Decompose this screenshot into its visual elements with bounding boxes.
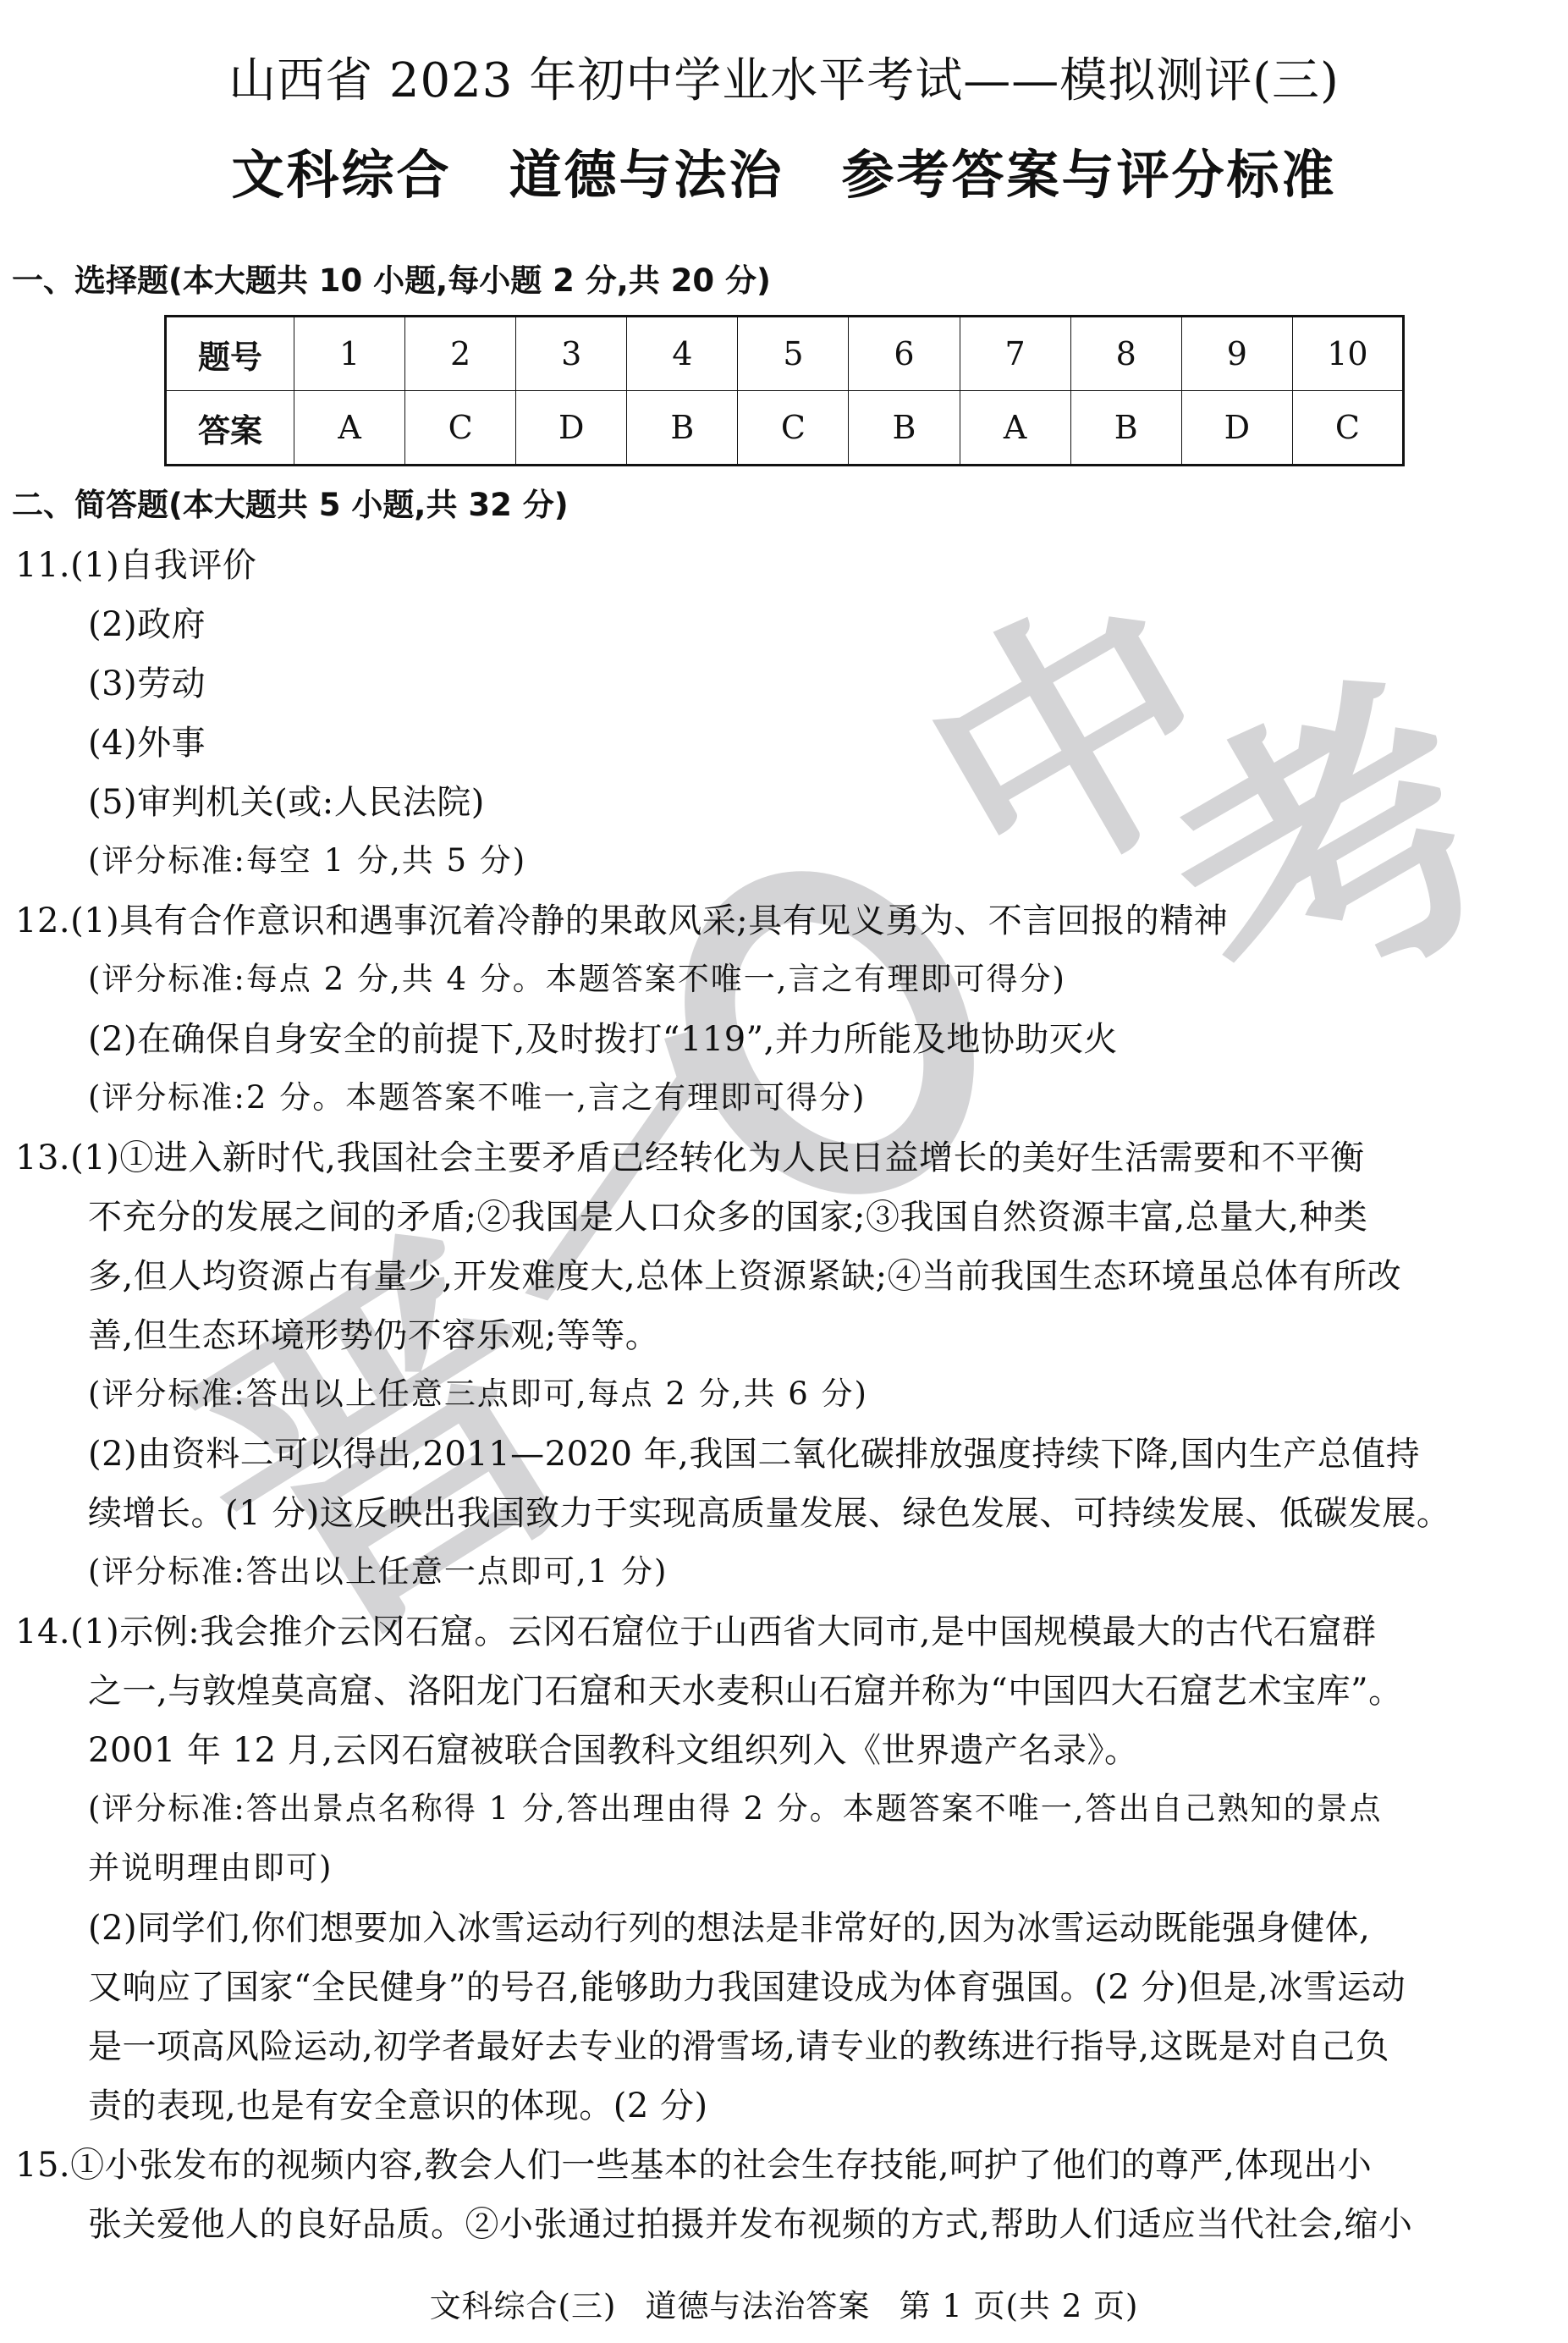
answer-table: 题号 1 2 3 4 5 6 7 8 9 10 答案 A C D B C B A… [164,315,1405,466]
document-title: 山西省 2023 年初中学业水平考试——模拟测评(三) [0,58,1568,105]
answer-cell: B [627,391,738,466]
question-number-cell: 4 [627,317,738,391]
q14-rubric: 并说明理由即可) [88,1852,333,1883]
subtitle-label: 参考答案与评分标准 [842,144,1337,206]
q11-line: (5)审判机关(或:人民法院) [88,786,485,819]
question-number-cell: 9 [1181,317,1292,391]
answer-cell: C [405,391,516,466]
question-number-cell: 7 [960,317,1070,391]
q14-line: 14.(1)示例:我会推介云冈石窟。云冈石窟位于山西省大同市,是中国规模最大的古… [15,1615,1376,1649]
footer-course: 道德与法治答案 [645,2288,870,2324]
q14-line: 2001 年 12 月,云冈石窟被联合国教科文组织列入《世界遗产名录》。 [88,1734,1139,1767]
document-subtitle: 文科综合道德与法治参考答案与评分标准 [0,149,1568,201]
answer-row: 答案 A C D B C B A B D C [166,391,1404,466]
answer-cell: C [1292,391,1403,466]
q13-line: 多,但人均资源占有量少,开发难度大,总体上资源紧缺;④当前我国生态环境虽总体有所… [88,1260,1401,1293]
row-label-answer: 答案 [166,391,294,466]
answer-cell: A [294,391,405,466]
q14-line: (2)同学们,你们想要加入冰雪运动行列的想法是非常好的,因为冰雪运动既能强身健体… [88,1911,1370,1945]
q13-line: 善,但生态环境形势仍不容乐观;等等。 [88,1319,659,1353]
q11-line: (4)外事 [88,726,206,760]
answer-cell: D [516,391,627,466]
q13-rubric: (评分标准:答出以上任意三点即可,每点 2 分,共 6 分) [88,1378,868,1409]
q12-rubric: (评分标准:2 分。本题答案不唯一,言之有理即可得分) [88,1082,866,1113]
q14-rubric: (评分标准:答出景点名称得 1 分,答出理由得 2 分。本题答案不唯一,答出自己… [88,1793,1383,1824]
question-number-cell: 3 [516,317,627,391]
answer-cell: B [849,391,960,466]
section-2-heading: 二、简答题(本大题共 5 小题,共 32 分) [12,489,569,521]
q11-line: 11.(1)自我评价 [15,549,256,582]
answer-cell: A [960,391,1070,466]
q14-line: 之一,与敦煌莫高窟、洛阳龙门石窟和天水麦积山石窟并称为“中国四大石窟艺术宝库”。 [88,1674,1403,1708]
q14-line: 责的表现,也是有安全意识的体现。(2 分) [88,2089,708,2123]
q14-line: 又响应了国家“全民健身”的号召,能够助力我国建设成为体育强国。(2 分)但是,冰… [88,1971,1406,2004]
answer-cell: B [1070,391,1181,466]
section-1-heading: 一、选择题(本大题共 10 小题,每小题 2 分,共 20 分) [12,265,771,296]
question-number-cell: 6 [849,317,960,391]
q13-line: (2)由资料二可以得出,2011—2020 年,我国二氧化碳排放强度持续下降,国… [88,1437,1420,1471]
answer-cell: D [1181,391,1292,466]
q13-line: 续增长。(1 分)这反映出我国致力于实现高质量发展、绿色发展、可持续发展、低碳发… [88,1497,1450,1530]
watermark-char-zhong-2: 中 [889,560,1259,929]
footer-subject: 文科综合(三) [430,2288,617,2324]
q13-line: 不充分的发展之间的矛盾;②我国是人口众多的国家;③我国自然资源丰富,总量大,种类 [88,1200,1367,1234]
subtitle-subject: 文科综合 [231,144,451,206]
row-label-number: 题号 [166,317,294,391]
page-footer: 文科综合(三)道德与法治答案第 1 页(共 2 页) [0,2291,1568,2322]
question-number-cell: 5 [738,317,849,391]
q13-line: 13.(1)①进入新时代,我国社会主要矛盾已经转化为人民日益增长的美好生活需要和… [15,1141,1365,1175]
q12-line: 12.(1)具有合作意识和遇事沉着冷静的果敢风采;具有见义勇为、不言回报的精神 [15,904,1228,938]
q15-line: 15.①小张发布的视频内容,教会人们一些基本的社会生存技能,呵护了他们的尊严,体… [15,2148,1372,2182]
question-number-cell: 1 [294,317,405,391]
subtitle-course: 道德与法治 [509,144,784,206]
question-number-cell: 10 [1292,317,1403,391]
q12-rubric: (评分标准:每点 2 分,共 4 分。本题答案不唯一,言之有理即可得分) [88,963,1066,995]
q11-line: (3)劳动 [88,667,206,701]
footer-page-number: 第 1 页(共 2 页) [899,2288,1138,2324]
question-number-cell: 2 [405,317,516,391]
answer-cell: C [738,391,849,466]
question-number-cell: 8 [1070,317,1181,391]
watermark-char-kao: 考 [1129,647,1545,1063]
q12-line: (2)在确保自身安全的前提下,及时拨打“119”,并力所能及地协助灭火 [88,1023,1118,1056]
question-number-row: 题号 1 2 3 4 5 6 7 8 9 10 [166,317,1404,391]
q15-line: 张关爱他人的良好品质。②小张通过拍摄并发布视频的方式,帮助人们适应当代社会,缩小 [88,2208,1412,2241]
q13-rubric: (评分标准:答出以上任意一点即可,1 分) [88,1556,668,1587]
q14-line: 是一项高风险运动,初学者最好去专业的滑雪场,请专业的教练进行指导,这既是对自己负 [88,2030,1389,2064]
q11-line: (2)政府 [88,608,206,642]
q11-rubric: (评分标准:每空 1 分,共 5 分) [88,845,526,876]
